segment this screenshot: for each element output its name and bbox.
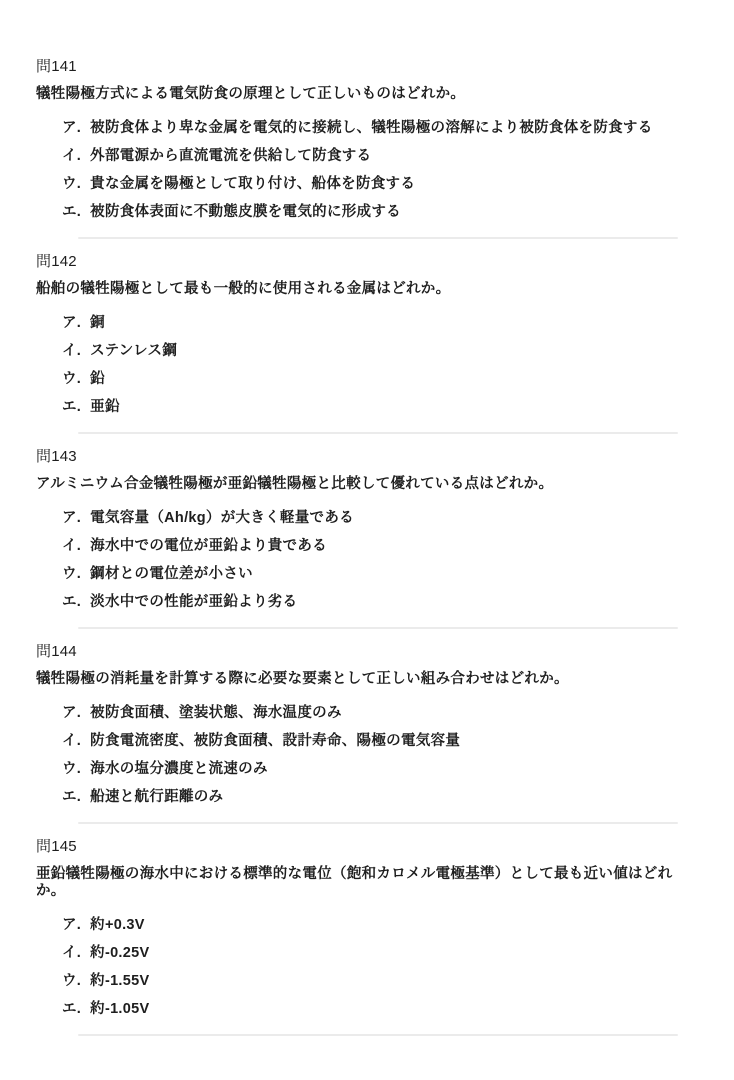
option-e: エ.船速と航行距離のみ bbox=[62, 789, 694, 806]
option-text: 約-0.25V bbox=[90, 945, 149, 961]
question-number: 問143 bbox=[36, 448, 694, 465]
question-block-144: 問144 犠牲陽極の消耗量を計算する際に必要な要素として正しい組み合わせはどれか… bbox=[36, 643, 694, 806]
option-u: ウ.海水の塩分濃度と流速のみ bbox=[62, 761, 694, 778]
section-divider bbox=[78, 432, 678, 434]
option-text: ステンレス鋼 bbox=[90, 343, 177, 359]
option-label: エ. bbox=[62, 399, 81, 416]
question-block-142: 問142 船舶の犠牲陽極として最も一般的に使用される金属はどれか。 ア.銅 イ.… bbox=[36, 253, 694, 416]
option-label: ア. bbox=[62, 120, 81, 137]
question-text: アルミニウム合金犠牲陽極が亜鉛犠牲陽極と比較して優れている点はどれか。 bbox=[36, 476, 694, 493]
option-text: 電気容量（Ah/kg）が大きく軽量である bbox=[90, 510, 354, 526]
option-label: エ. bbox=[62, 204, 81, 221]
section-divider bbox=[78, 822, 678, 824]
option-i: イ.防食電流密度、被防食面積、設計寿命、陽極の電気容量 bbox=[62, 733, 694, 750]
option-u: ウ.鉛 bbox=[62, 371, 694, 388]
option-label: ウ. bbox=[62, 973, 81, 990]
option-text: 淡水中での性能が亜鉛より劣る bbox=[90, 594, 297, 610]
option-i: イ.約-0.25V bbox=[62, 945, 694, 962]
option-text: 被防食体表面に不動態皮膜を電気的に形成する bbox=[90, 204, 401, 220]
option-text: 外部電源から直流電流を供給して防食する bbox=[90, 148, 371, 164]
option-label: ウ. bbox=[62, 371, 81, 388]
option-label: イ. bbox=[62, 538, 81, 555]
option-text: 約-1.05V bbox=[90, 1001, 149, 1017]
question-block-141: 問141 犠牲陽極方式による電気防食の原理として正しいものはどれか。 ア.被防食… bbox=[36, 58, 694, 221]
option-label: エ. bbox=[62, 594, 81, 611]
option-u: ウ.約-1.55V bbox=[62, 973, 694, 990]
option-label: イ. bbox=[62, 733, 81, 750]
options-list: ア.電気容量（Ah/kg）が大きく軽量である イ.海水中での電位が亜鉛より貴であ… bbox=[36, 510, 694, 611]
options-list: ア.銅 イ.ステンレス鋼 ウ.鉛 エ.亜鉛 bbox=[36, 315, 694, 416]
question-text: 船舶の犠牲陽極として最も一般的に使用される金属はどれか。 bbox=[36, 281, 694, 298]
option-text: 船速と航行距離のみ bbox=[90, 789, 223, 805]
options-list: ア.被防食面積、塗装状態、海水温度のみ イ.防食電流密度、被防食面積、設計寿命、… bbox=[36, 705, 694, 806]
option-label: ア. bbox=[62, 705, 81, 722]
question-number: 問141 bbox=[36, 58, 694, 75]
option-a: ア.被防食体より卑な金属を電気的に接続し、犠牲陽極の溶解により被防食体を防食する bbox=[62, 120, 694, 137]
option-text: 海水中での電位が亜鉛より貴である bbox=[90, 538, 327, 554]
option-e: エ.亜鉛 bbox=[62, 399, 694, 416]
question-number: 問144 bbox=[36, 643, 694, 660]
option-text: 亜鉛 bbox=[90, 399, 120, 415]
question-number: 問145 bbox=[36, 838, 694, 855]
option-label: エ. bbox=[62, 789, 81, 806]
option-text: 約+0.3V bbox=[90, 917, 145, 933]
option-text: 貴な金属を陽極として取り付け、船体を防食する bbox=[90, 176, 415, 192]
options-list: ア.被防食体より卑な金属を電気的に接続し、犠牲陽極の溶解により被防食体を防食する… bbox=[36, 120, 694, 221]
question-block-143: 問143 アルミニウム合金犠牲陽極が亜鉛犠牲陽極と比較して優れている点はどれか。… bbox=[36, 448, 694, 611]
question-text: 亜鉛犠牲陽極の海水中における標準的な電位（飽和カロメル電極基準）として最も近い値… bbox=[36, 866, 694, 900]
option-u: ウ.鋼材との電位差が小さい bbox=[62, 566, 694, 583]
option-e: エ.被防食体表面に不動態皮膜を電気的に形成する bbox=[62, 204, 694, 221]
option-label: ウ. bbox=[62, 566, 81, 583]
option-label: イ. bbox=[62, 945, 81, 962]
section-divider bbox=[78, 237, 678, 239]
option-a: ア.銅 bbox=[62, 315, 694, 332]
option-a: ア.約+0.3V bbox=[62, 917, 694, 934]
option-e: エ.淡水中での性能が亜鉛より劣る bbox=[62, 594, 694, 611]
option-text: 被防食体より卑な金属を電気的に接続し、犠牲陽極の溶解により被防食体を防食する bbox=[90, 120, 652, 136]
option-e: エ.約-1.05V bbox=[62, 1001, 694, 1018]
option-text: 鉛 bbox=[90, 371, 105, 387]
option-label: ア. bbox=[62, 917, 81, 934]
option-text: 防食電流密度、被防食面積、設計寿命、陽極の電気容量 bbox=[90, 733, 460, 749]
question-text: 犠牲陽極の消耗量を計算する際に必要な要素として正しい組み合わせはどれか。 bbox=[36, 671, 694, 688]
option-i: イ.海水中での電位が亜鉛より貴である bbox=[62, 538, 694, 555]
option-i: イ.ステンレス鋼 bbox=[62, 343, 694, 360]
section-divider bbox=[78, 627, 678, 629]
question-number: 問142 bbox=[36, 253, 694, 270]
option-a: ア.被防食面積、塗装状態、海水温度のみ bbox=[62, 705, 694, 722]
exam-document-page: 問141 犠牲陽極方式による電気防食の原理として正しいものはどれか。 ア.被防食… bbox=[0, 0, 734, 1080]
option-label: ア. bbox=[62, 315, 81, 332]
question-text: 犠牲陽極方式による電気防食の原理として正しいものはどれか。 bbox=[36, 86, 694, 103]
option-label: ア. bbox=[62, 510, 81, 527]
option-text: 銅 bbox=[90, 315, 105, 331]
option-i: イ.外部電源から直流電流を供給して防食する bbox=[62, 148, 694, 165]
option-label: エ. bbox=[62, 1001, 81, 1018]
option-a: ア.電気容量（Ah/kg）が大きく軽量である bbox=[62, 510, 694, 527]
option-label: イ. bbox=[62, 343, 81, 360]
option-label: ウ. bbox=[62, 176, 81, 193]
option-label: イ. bbox=[62, 148, 81, 165]
option-text: 海水の塩分濃度と流速のみ bbox=[90, 761, 268, 777]
options-list: ア.約+0.3V イ.約-0.25V ウ.約-1.55V エ.約-1.05V bbox=[36, 917, 694, 1018]
option-text: 被防食面積、塗装状態、海水温度のみ bbox=[90, 705, 342, 721]
question-block-145: 問145 亜鉛犠牲陽極の海水中における標準的な電位（飽和カロメル電極基準）として… bbox=[36, 838, 694, 1018]
section-divider bbox=[78, 1034, 678, 1036]
option-text: 約-1.55V bbox=[90, 973, 149, 989]
option-label: ウ. bbox=[62, 761, 81, 778]
option-u: ウ.貴な金属を陽極として取り付け、船体を防食する bbox=[62, 176, 694, 193]
option-text: 鋼材との電位差が小さい bbox=[90, 566, 253, 582]
